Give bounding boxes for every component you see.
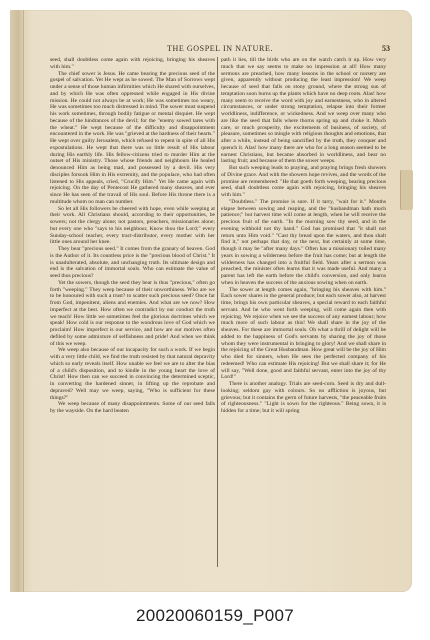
spine-crease <box>23 10 24 592</box>
running-title: THE GOSPEL IN NATURE. <box>50 44 390 53</box>
paragraph: We weep also because of our incapacity f… <box>50 347 215 401</box>
paragraph: The sower at length comes again, "bringi… <box>221 287 386 382</box>
right-column: path it lies, till the birds who are on … <box>221 57 386 415</box>
left-column: seed, shall doubtless come again with re… <box>50 57 215 415</box>
column-divider <box>217 57 218 567</box>
paragraph: The chief sower is Jesus. He came bearin… <box>50 71 215 206</box>
image-caption: 20020060159_P007 <box>0 606 430 626</box>
paragraph: There is another analogy. Trials are see… <box>221 381 386 415</box>
page-gutter <box>10 10 24 592</box>
paragraph: "Doubtless." The promise is sure. If it … <box>221 199 386 287</box>
paragraph: path it lies, till the birds who are on … <box>221 57 386 165</box>
page-number: 53 <box>382 44 390 53</box>
paragraph: So let all His followers be cheered with… <box>50 206 215 247</box>
page-edge-tab <box>400 170 413 210</box>
paragraph: Yet the sowers, though the seed they bea… <box>50 280 215 348</box>
paragraph: We weep because of many disappointments.… <box>50 401 215 415</box>
page-header: THE GOSPEL IN NATURE. 53 <box>50 44 390 56</box>
paragraph: But such weeping leads to praying, and p… <box>221 165 386 199</box>
paragraph: They bear "precious seed." It comes from… <box>50 246 215 280</box>
paragraph: seed, shall doubtless come again with re… <box>50 57 215 71</box>
